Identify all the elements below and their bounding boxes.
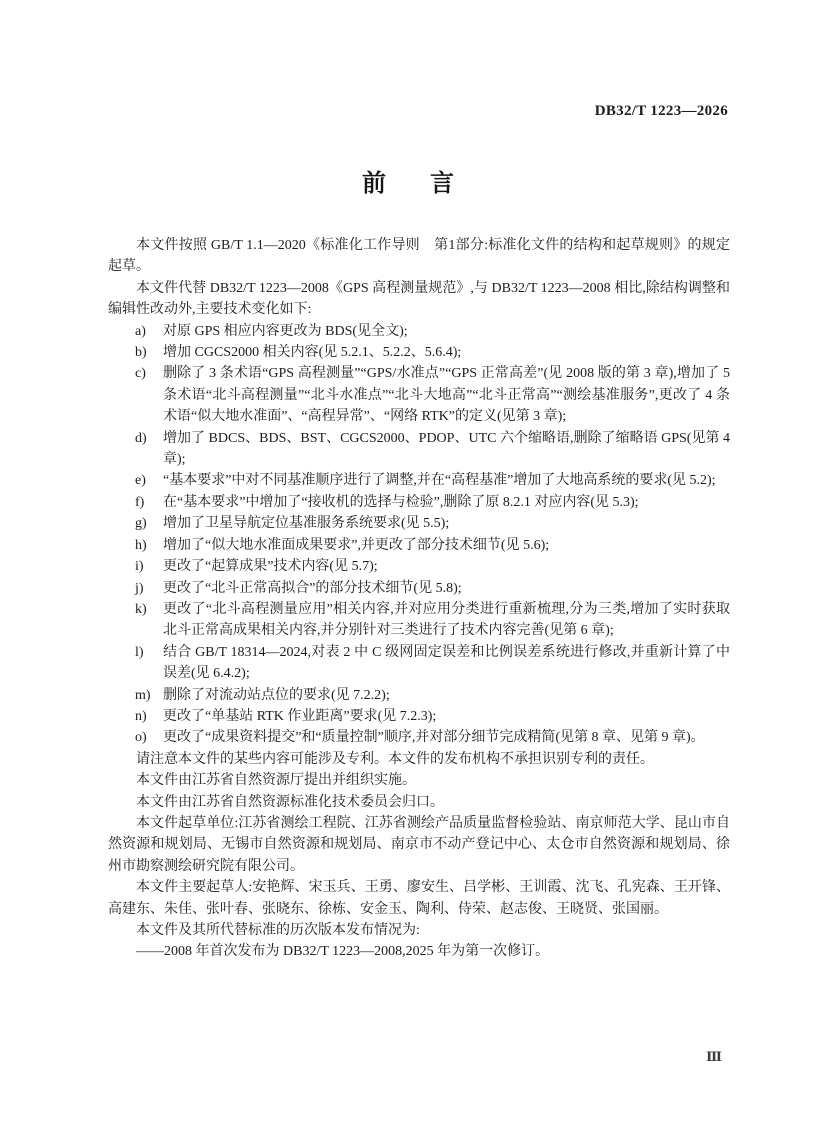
list-item-text: 删除了 3 条术语“GPS 高程测量”“GPS/水准点”“GPS 正常高差”(见… [163,366,730,424]
list-item: h)增加了“似大地水准面成果要求”,并更改了部分技术细节(见 5.6); [108,535,730,556]
document-page: DB32/T 1223—2026 前 言 本文件按照 GB/T 1.1—2020… [0,0,816,1145]
list-item-marker: o) [135,727,147,748]
list-item-marker: a) [135,321,146,342]
list-item-text: 更改了“北斗高程测量应用”相关内容,并对应用分类进行重新梳理,分为三类,增加了实… [163,602,730,638]
page-title-char-1: 前 [362,163,386,198]
list-item-text: 删除了对流动站点位的要求(见 7.2.2); [163,688,390,703]
paragraph: 本文件由江苏省自然资源标准化技术委员会归口。 [108,792,730,813]
paragraph: 本文件代替 DB32/T 1223—2008《GPS 高程测量规范》,与 DB3… [108,278,730,321]
list-item-text: 增加了卫星导航定位基准服务系统要求(见 5.5); [163,516,449,531]
list-item-text: 增加 CGCS2000 相关内容(见 5.2.1、5.2.2、5.6.4); [163,345,461,360]
list-item-marker: e) [135,470,146,491]
list-item-marker: i) [135,556,144,577]
list-item-text: 更改了“起算成果”技术内容(见 5.7); [163,559,378,574]
paragraph: ——2008 年首次发布为 DB32/T 1223—2008,2025 年为第一… [108,941,730,962]
list-item-text: “基本要求”中对不同基准顺序进行了调整,并在“高程基准”增加了大地高系统的要求(… [163,473,716,488]
list-item-marker: k) [135,599,147,620]
list-item-text: 更改了“成果资料提交”和“质量控制”顺序,并对部分细节完成精简(见第 8 章、见… [163,730,705,745]
list-item-marker: d) [135,428,147,449]
list-item: d)增加了 BDCS、BDS、BST、CGCS2000、PDOP、UTC 六个缩… [108,428,730,471]
list-item-text: 结合 GB/T 18314—2024,对表 2 中 C 级网固定误差和比例误差系… [163,645,730,681]
list-item: f)在“基本要求”中增加了“接收机的选择与检验”,删除了原 8.2.1 对应内容… [108,492,730,513]
page-number: Ⅲ [706,1049,722,1065]
page-title-char-2: 言 [430,163,454,198]
list-item-text: 增加了“似大地水准面成果要求”,并更改了部分技术细节(见 5.6); [163,538,549,553]
list-item: n)更改了“单基站 RTK 作业距离”要求(见 7.2.3); [108,706,730,727]
list-item-text: 增加了 BDCS、BDS、BST、CGCS2000、PDOP、UTC 六个缩略语… [163,431,730,467]
list-item-text: 对原 GPS 相应内容更改为 BDS(见全文); [163,324,408,339]
list-item-text: 更改了“北斗正常高拟合”的部分技术细节(见 5.8); [163,581,462,596]
list-item: m)删除了对流动站点位的要求(见 7.2.2); [108,685,730,706]
paragraph: 本文件主要起草人:安艳辉、宋玉兵、王勇、廖安生、吕学彬、王训霞、沈飞、孔宪森、王… [108,877,730,920]
list-item: a)对原 GPS 相应内容更改为 BDS(见全文); [108,321,730,342]
list-item-marker: f) [135,492,144,513]
list-item: b)增加 CGCS2000 相关内容(见 5.2.1、5.2.2、5.6.4); [108,342,730,363]
page-title: 前 言 [0,163,816,198]
list-item-text: 更改了“单基站 RTK 作业距离”要求(见 7.2.3); [163,709,436,724]
list-item: i)更改了“起算成果”技术内容(见 5.7); [108,556,730,577]
list-item-marker: c) [135,363,146,384]
paragraph: 本文件由江苏省自然资源厅提出并组织实施。 [108,770,730,791]
list-item: g)增加了卫星导航定位基准服务系统要求(见 5.5); [108,513,730,534]
list-item: j)更改了“北斗正常高拟合”的部分技术细节(见 5.8); [108,578,730,599]
list-item-marker: g) [135,513,147,534]
list-item: c)删除了 3 条术语“GPS 高程测量”“GPS/水准点”“GPS 正常高差”… [108,363,730,427]
list-item: l)结合 GB/T 18314—2024,对表 2 中 C 级网固定误差和比例误… [108,642,730,685]
list-item-marker: l) [135,642,144,663]
list-item: o)更改了“成果资料提交”和“质量控制”顺序,并对部分细节完成精简(见第 8 章… [108,727,730,748]
paragraph: 本文件起草单位:江苏省测绘工程院、江苏省测绘产品质量监督检验站、南京师范大学、昆… [108,813,730,877]
list-item-marker: j) [135,578,144,599]
list-item-marker: m) [135,685,151,706]
standard-code: DB32/T 1223—2026 [595,103,728,120]
list-item: k)更改了“北斗高程测量应用”相关内容,并对应用分类进行重新梳理,分为三类,增加… [108,599,730,642]
paragraph: 请注意本文件的某些内容可能涉及专利。本文件的发布机构不承担识别专利的责任。 [108,749,730,770]
list-item: e)“基本要求”中对不同基准顺序进行了调整,并在“高程基准”增加了大地高系统的要… [108,470,730,491]
paragraph: 本文件按照 GB/T 1.1—2020《标准化工作导则 第1部分:标准化文件的结… [108,235,730,278]
paragraph: 本文件及其所代替标准的历次版本发布情况为: [108,920,730,941]
list-item-marker: b) [135,342,147,363]
document-body: 本文件按照 GB/T 1.1—2020《标准化工作导则 第1部分:标准化文件的结… [108,235,730,963]
list-item-marker: n) [135,706,147,727]
list-item-text: 在“基本要求”中增加了“接收机的选择与检验”,删除了原 8.2.1 对应内容(见… [163,495,639,510]
list-item-marker: h) [135,535,147,556]
